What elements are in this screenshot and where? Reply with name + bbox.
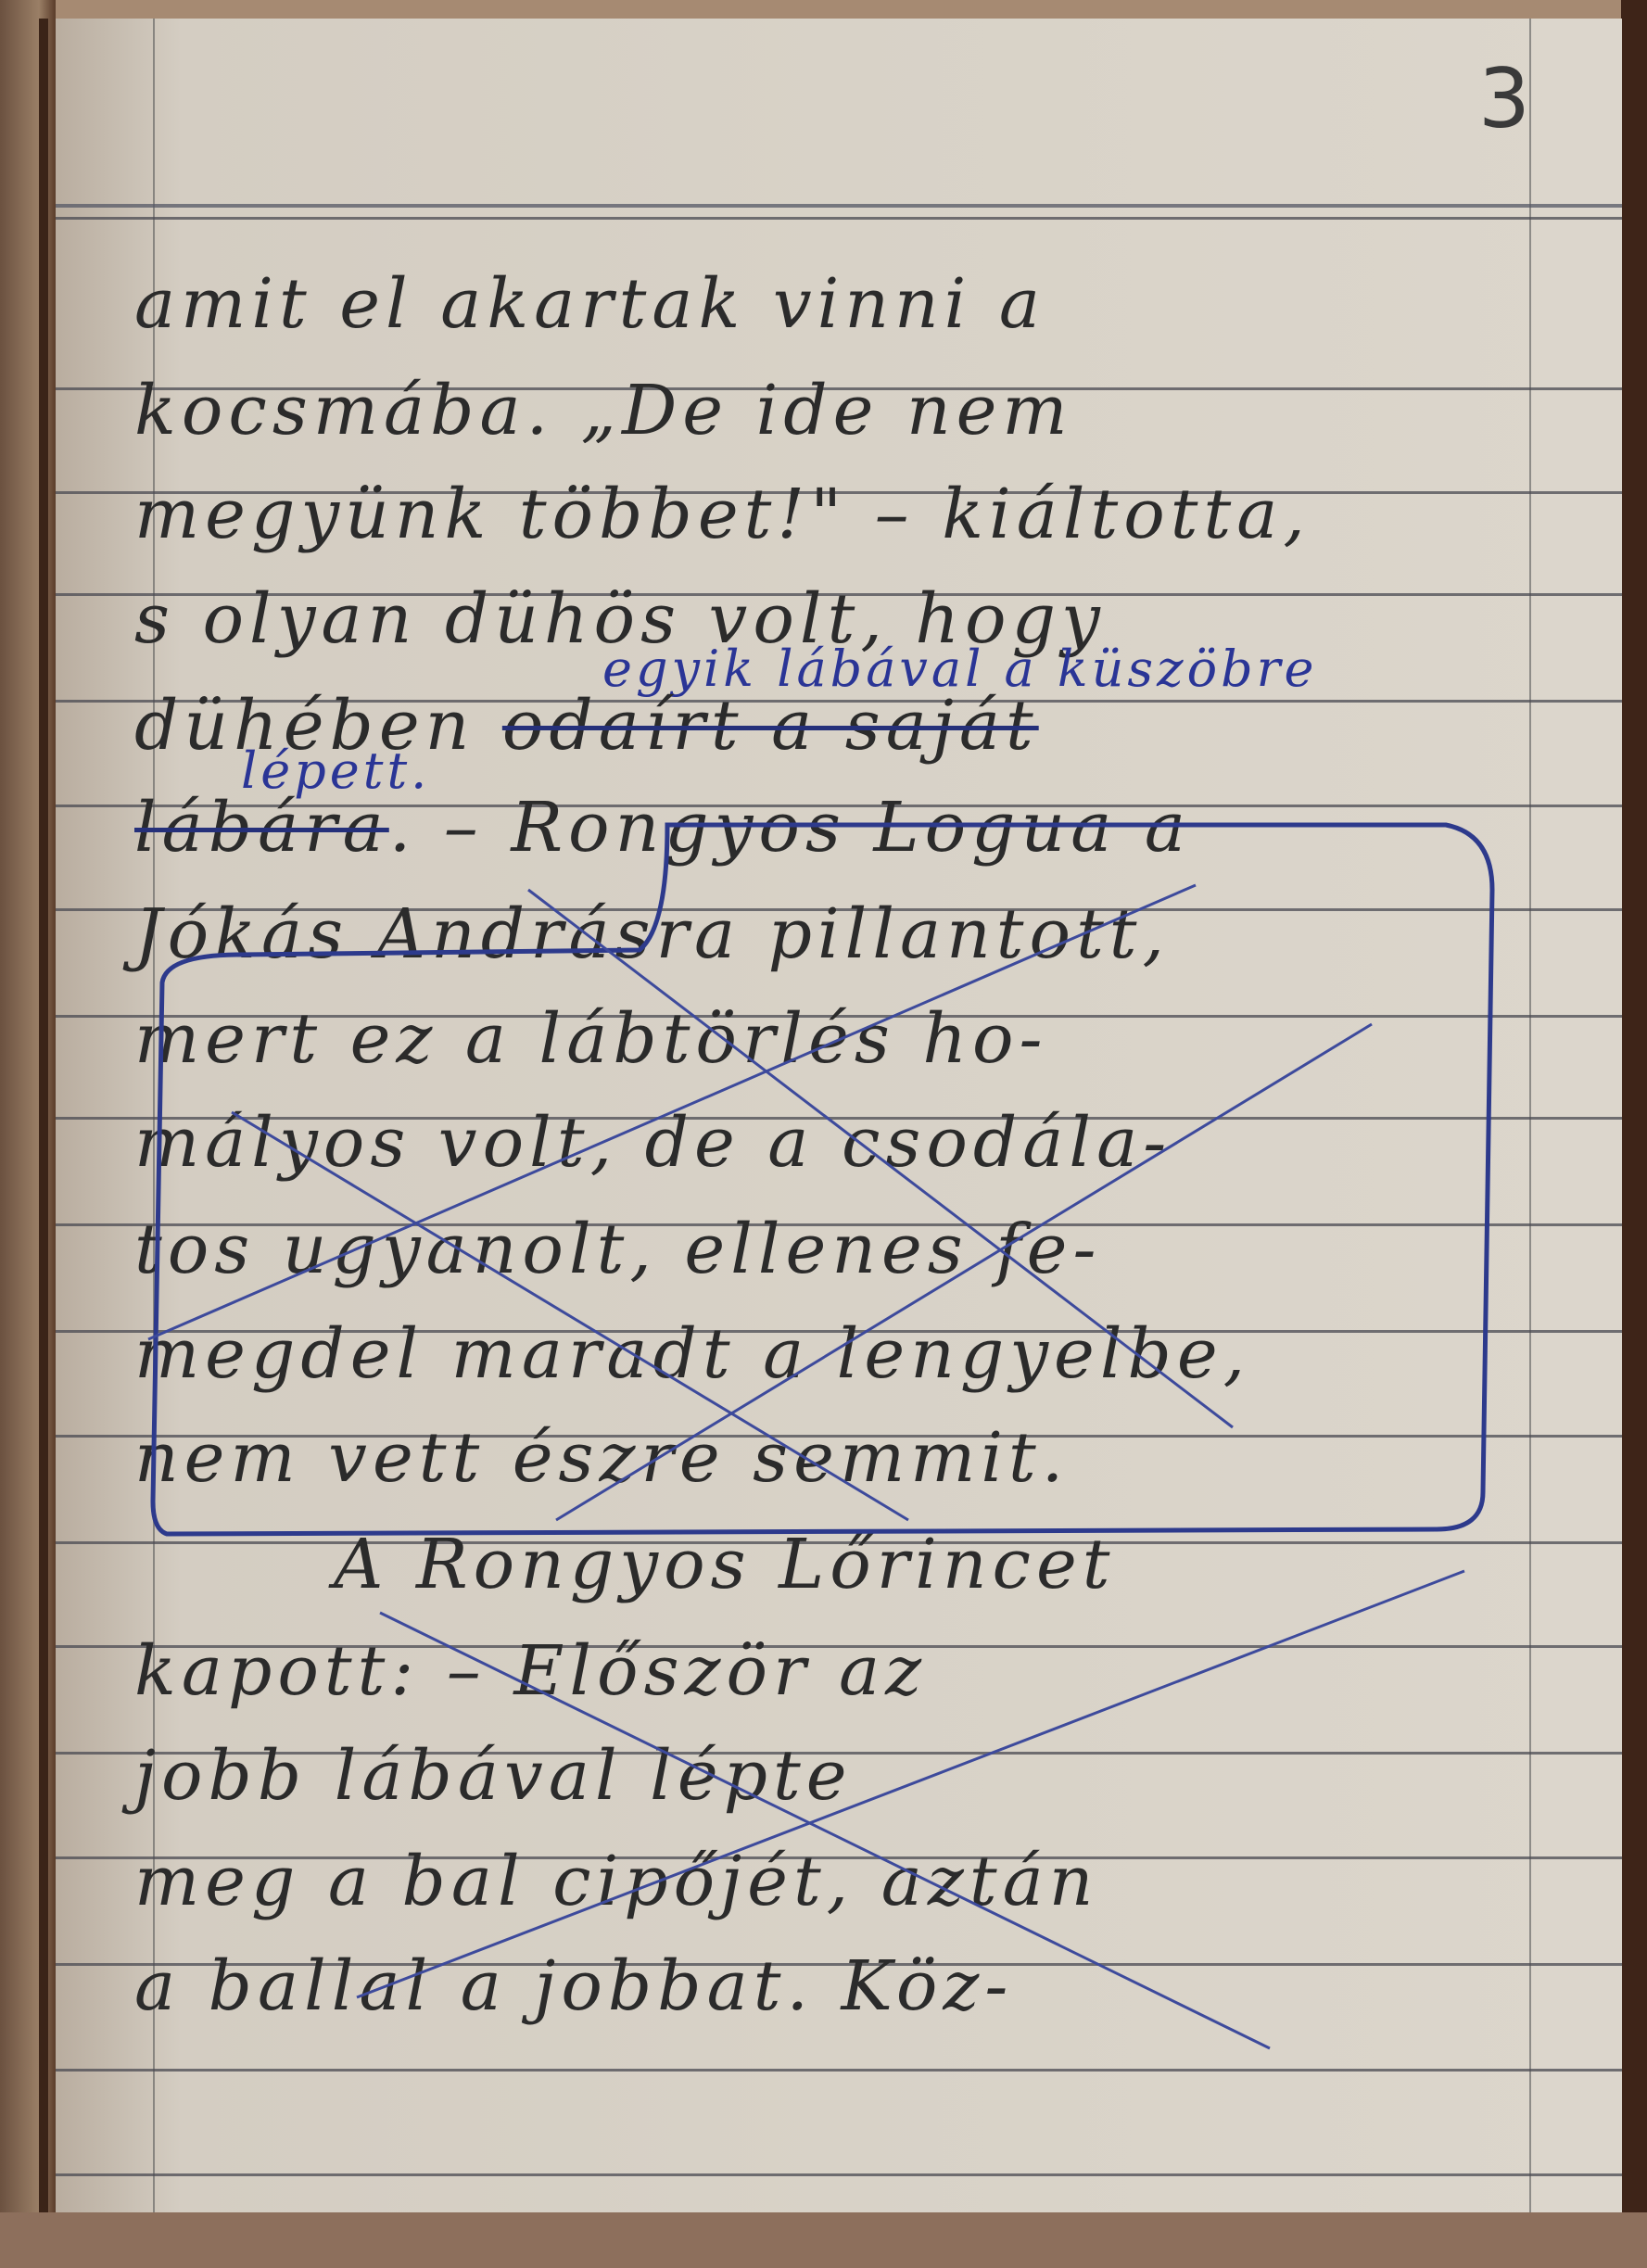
crossed-out-line: megdel maradt a lengyelbe, bbox=[134, 1314, 1250, 1394]
notebook-top-edge bbox=[0, 0, 1647, 19]
notebook-right-edge bbox=[1621, 0, 1647, 2268]
handwritten-line: megyünk többet!" – kiáltotta, bbox=[134, 475, 1311, 554]
struck-text: lábára bbox=[134, 788, 389, 868]
spine-shadow bbox=[39, 19, 48, 2243]
handwritten-line: kocsmába. „De ide nem bbox=[134, 371, 1073, 450]
header-rule bbox=[56, 204, 1622, 208]
crossed-out-line: a ballal a jobbat. Köz- bbox=[134, 1946, 1013, 2026]
crossed-out-line: A Rongyos Lőrincet bbox=[334, 1525, 1115, 1604]
header-rule-2 bbox=[56, 217, 1622, 220]
right-margin-line bbox=[1529, 19, 1531, 2212]
page-number: 3 bbox=[1478, 51, 1530, 146]
ruled-line bbox=[56, 2069, 1622, 2072]
crossed-out-line: tos ugyanolt, ellenes fe- bbox=[134, 1210, 1101, 1289]
crossed-out-line: jobb lábával lépte bbox=[134, 1736, 853, 1816]
handwritten-line: amit el akartak vinni a bbox=[134, 264, 1045, 344]
crossed-out-line: mályos volt, de a csodála- bbox=[134, 1103, 1172, 1183]
crossed-out-line: mert ez a lábtörlés ho- bbox=[134, 999, 1048, 1079]
crossed-out-line: Jókás Andrásra pillantott, bbox=[134, 894, 1170, 974]
line-text: . – Rongyos Logua a bbox=[389, 788, 1191, 868]
notebook-bottom-edge bbox=[0, 2212, 1647, 2268]
ruled-line bbox=[56, 2173, 1622, 2176]
crossed-out-line: kapott: – Először az bbox=[134, 1631, 927, 1711]
crossed-out-line: meg a bal cipőjét, aztán bbox=[134, 1842, 1098, 1921]
handwritten-line-with-strike: lábára. – Rongyos Logua a bbox=[134, 788, 1191, 868]
crossed-out-line: nem vett észre semmit. bbox=[134, 1418, 1069, 1498]
struck-text: odaírt a saját bbox=[502, 686, 1039, 766]
